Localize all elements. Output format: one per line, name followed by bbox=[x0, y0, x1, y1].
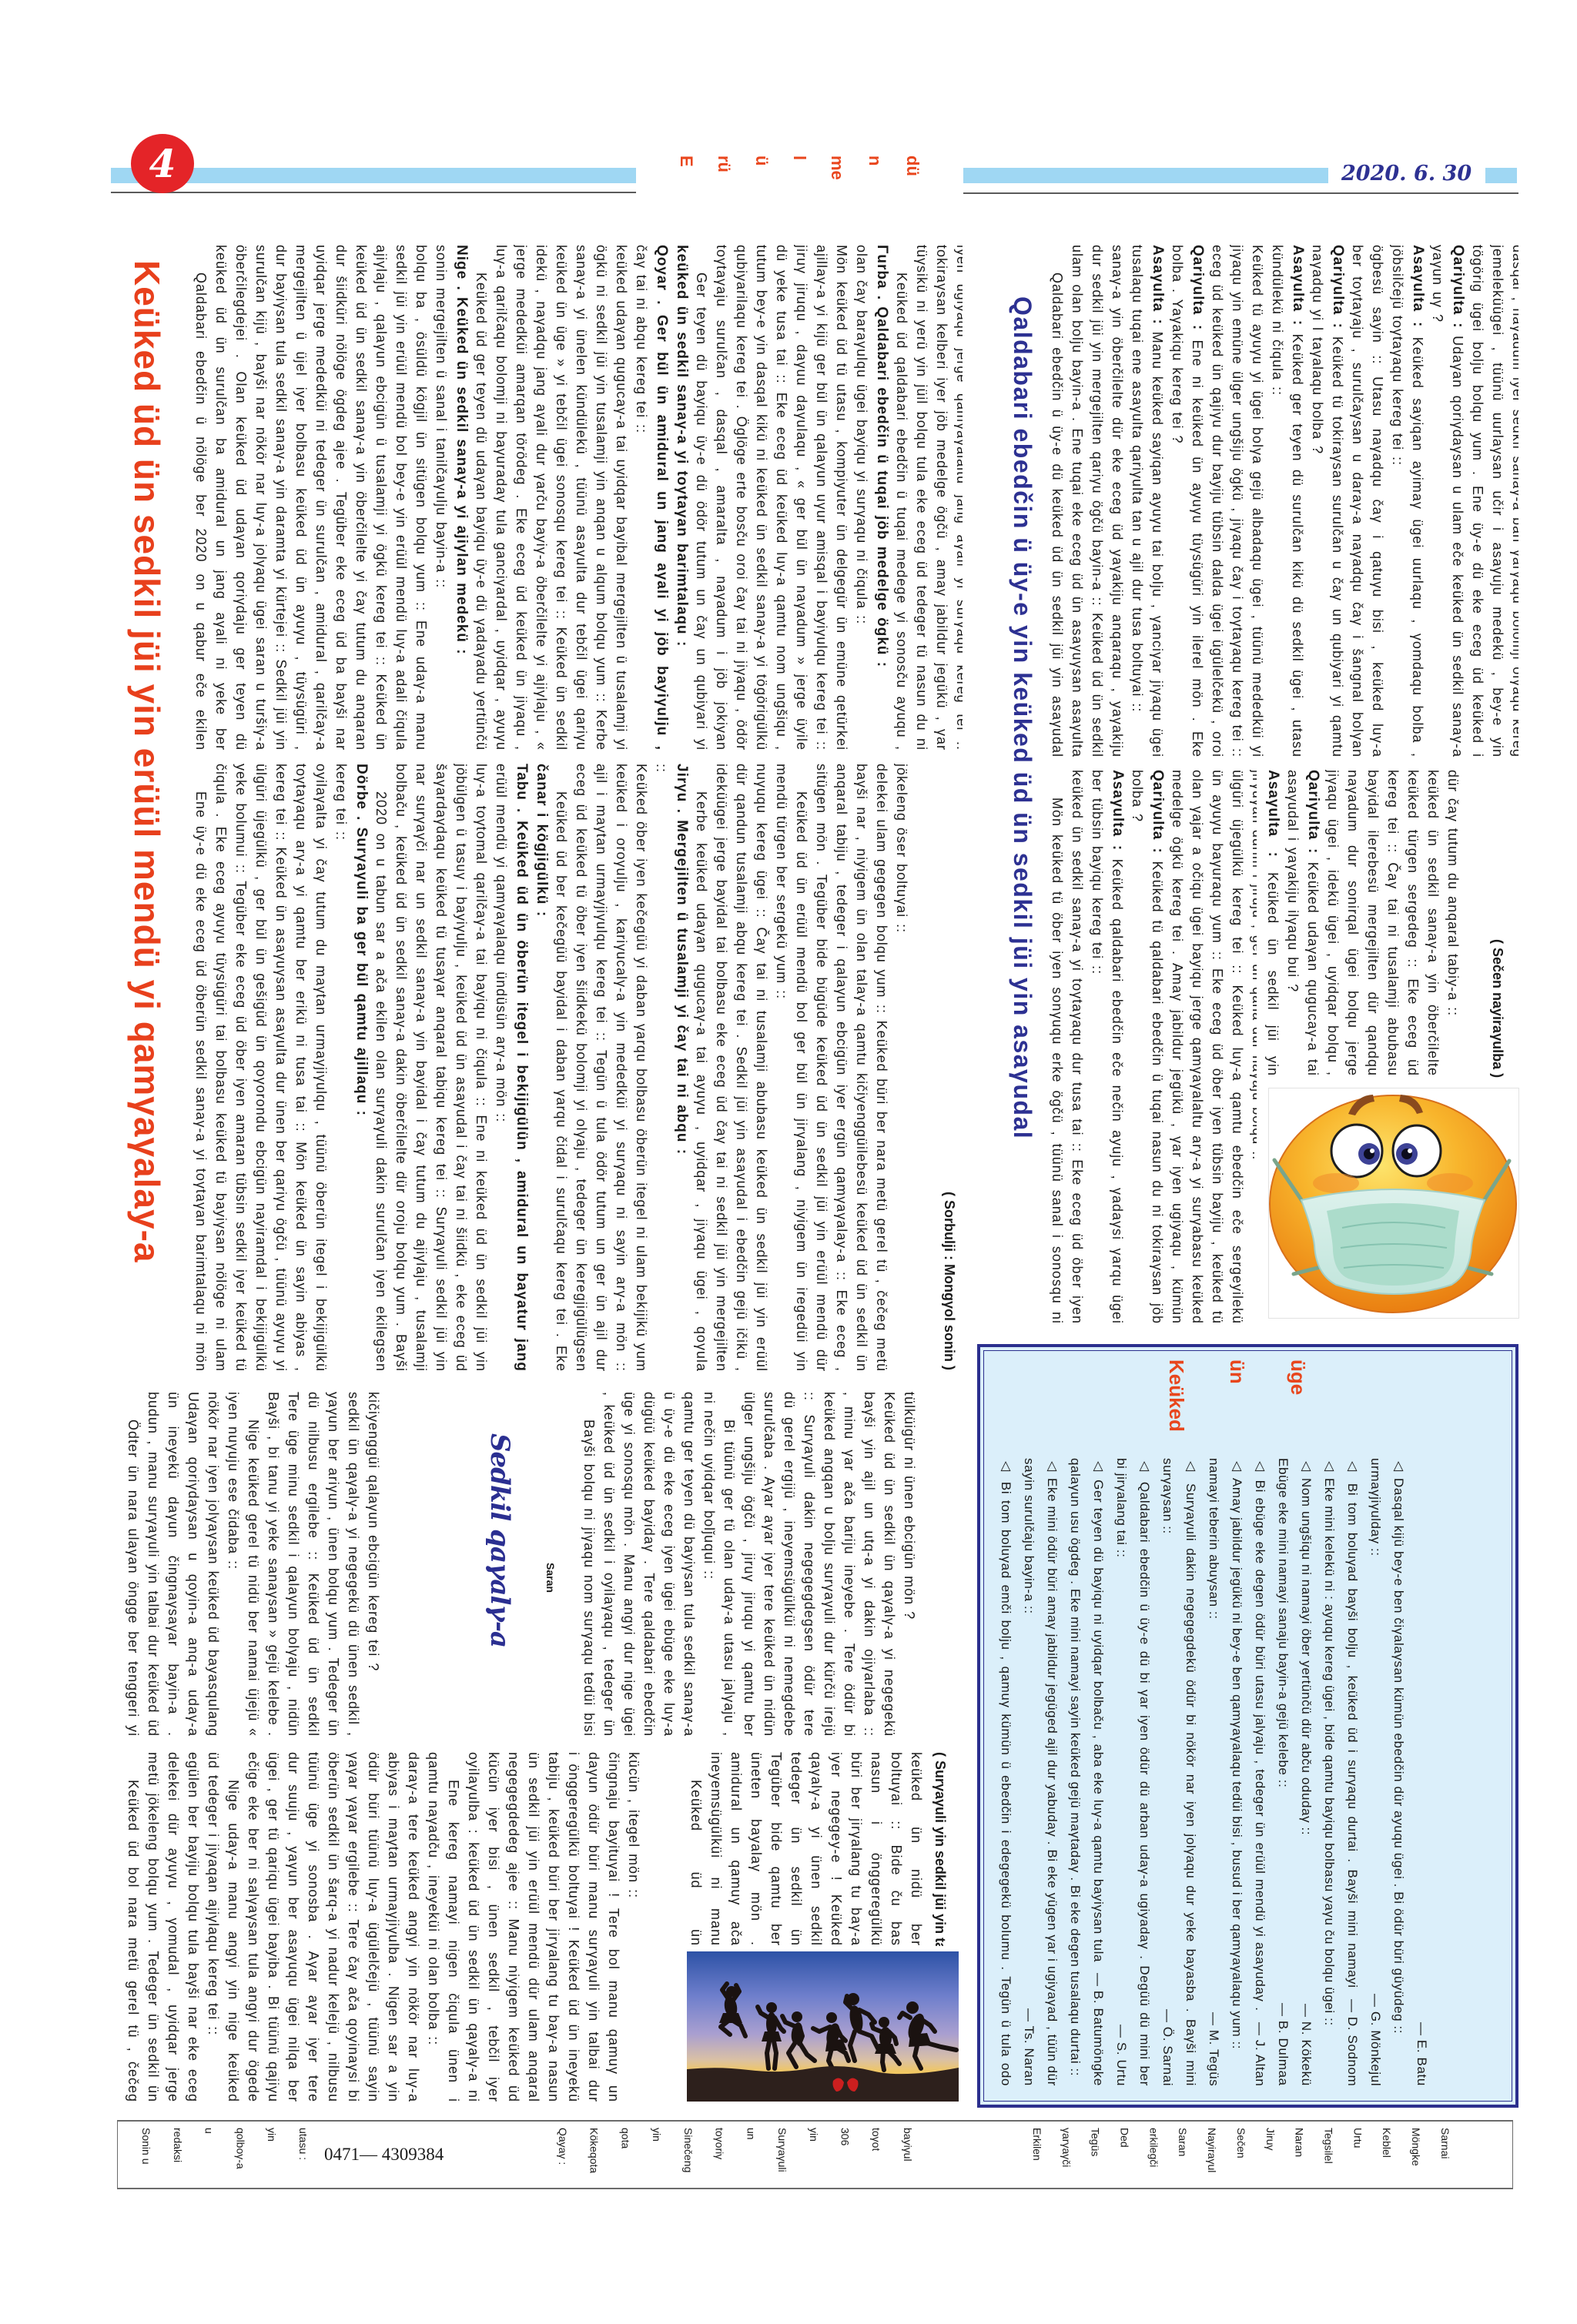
answer-paragraph: Qariγulta : Udaγan qoriγdaγsan u ulam eč… bbox=[1448, 245, 1518, 757]
address-word: toγot bbox=[869, 2128, 883, 2151]
article-subheading: Dörbe . Surγaγuli ba ger bül qamtu ajill… bbox=[351, 764, 371, 1372]
article-paragraph: Keüked üd ger teyen dü udaγan bayiqu üy-… bbox=[471, 245, 651, 751]
address-word: Kökeqota bbox=[588, 2128, 601, 2173]
address-word: un bbox=[744, 2128, 758, 2140]
lead-article-tier-1: Qaldabari ebedčin ü nölöge ber 2020 on u… bbox=[191, 245, 963, 751]
qa-article-tier-2-right: Asaγulta : Keüked ün sedkil jüi yin asaγ… bbox=[1263, 770, 1485, 1076]
sidebar-item-text: Nom ungšiqu ni namayi öber yertünčü dür … bbox=[1299, 1478, 1314, 1835]
address-word: bayiγul bbox=[901, 2128, 915, 2162]
answer-paragraph: Qariγulta : Keüked tü qaldabari ebedčin … bbox=[1147, 770, 1257, 1324]
sidebar-item-text: Eke mini ödür büri amaγ jabildur jegüged… bbox=[1045, 1458, 1083, 2086]
sidebar-item-source: — Ts. Naran bbox=[1017, 1998, 1040, 2086]
qa-article-headline: Qaldabari ebedčin ü üy-e yin keüked üd ü… bbox=[1006, 296, 1040, 1255]
sidebar-item-source: — B. Batumöngke bbox=[1086, 1962, 1110, 2086]
triangle-bullet-icon: △ bbox=[1322, 1458, 1337, 1474]
article-paragraph: Keüked üd qaldabari ebedčin ü tuqai mede… bbox=[892, 245, 963, 751]
article-paragraph: Keüked üd ün ineyemsügülküi ni manu amid… bbox=[686, 1752, 926, 1946]
lead-article-byline: ( Sorbulji : Mongγol sonin ) bbox=[939, 1024, 961, 1370]
sidebar-item: △ Amaγ jabildur jegükü ni bey-e ben qamγ… bbox=[1225, 1458, 1248, 2086]
sidebar-item-source: — Ö. Sarnai bbox=[1156, 1998, 1179, 2086]
sidebar-title-word: ün bbox=[1224, 1359, 1251, 1384]
section-title-glyph: me bbox=[826, 155, 848, 180]
sidebar-item: △ Bi tom boluγad emči bolju , qamuγ kümü… bbox=[994, 1458, 1040, 2086]
triangle-bullet-icon: △ bbox=[1091, 1458, 1106, 1475]
question-label: Asaγulta : bbox=[1265, 770, 1281, 858]
masked-face-emoji-icon bbox=[1268, 1088, 1519, 1319]
question-label: Asaγulta : bbox=[1290, 245, 1306, 326]
address-word: qota bbox=[618, 2128, 632, 2148]
editorial-info-box: Sonin u redaksi u qolboγ-a yin utasu : 0… bbox=[117, 2120, 1513, 2189]
answer-label: Qariγulta : bbox=[1305, 770, 1321, 854]
article-paragraph: Ger teyen dü bayiqu üy-e dü ödör tutum u… bbox=[691, 245, 872, 751]
article-paragraph: Bi tüünü ger tü olan udaγ-a utasu jalγaj… bbox=[719, 1392, 919, 1737]
sidebar-item-source: — M. Tegüs bbox=[1202, 2001, 1225, 2086]
article-paragraph: Kerbe keüked udaγan qugucaγ-a tai ayuγu … bbox=[691, 764, 792, 1372]
sidebar-item: △ Eke mini kelekü ni : ayuqu kereg ügei … bbox=[1318, 1458, 1341, 2086]
staff-word: Nayiraγul bbox=[1205, 2128, 1219, 2172]
answer-label: Qariγulta : bbox=[1330, 245, 1346, 329]
article-paragraph: Mön keüked tü öber iyen sonγuqu erke ögč… bbox=[1047, 770, 1107, 1324]
address-word: yin bbox=[650, 2128, 664, 2142]
sidebar-item: △ Dasqal kijü bey-e ben čiγalaγsan kümün… bbox=[1387, 1458, 1410, 2086]
article-subheading: Nige . Keüked ün sedkil sanaγ-a yi ajiγl… bbox=[451, 245, 471, 751]
article-paragraph: Qaldabari ebedčin ü nölöge ber 2020 on u… bbox=[191, 245, 451, 751]
address-word: toγoriγ bbox=[713, 2128, 727, 2159]
jumping-children-silhouettes-icon bbox=[687, 1951, 959, 2102]
article-paragraph: Nige udaγ-a manu angγi yin nige keüked e… bbox=[223, 1752, 444, 2102]
header-bar-right-end bbox=[1485, 168, 1517, 183]
question-paragraph: Asaγulta : Keüked sayiqan ayimaγ ügei uu… bbox=[1408, 245, 1448, 757]
question-paragraph: Asaγulta : Keüked ger teyen dü surulčan … bbox=[1287, 245, 1328, 757]
staff-word: γarγaγči bbox=[1060, 2128, 1073, 2167]
contact-word: qolboγ-a bbox=[233, 2128, 247, 2169]
staff-word: erkilegči bbox=[1147, 2128, 1160, 2167]
sidebar-quotes-box: Keüked ün üge △ Bi tom boluγad emči bolj… bbox=[977, 1344, 1518, 2108]
lead-article-tier-2: Ene üy-e dü eke eceg üd öberün sedkil sa… bbox=[191, 764, 935, 1372]
article-subheading: Γurba . Qaldabari ebedčin ü tuqai jöb me… bbox=[872, 245, 892, 751]
address-word: Surγaγuli bbox=[775, 2128, 789, 2172]
sidebar-item-text: Bi ebüge eke degen ödür büri utasu jalγa… bbox=[1253, 1458, 1291, 2011]
sidebar-item-source: — N. Kökekü bbox=[1294, 1993, 1318, 2086]
sidebar-title: Keüked ün üge bbox=[1163, 1359, 1311, 1430]
section-title-glyph: n bbox=[864, 155, 886, 166]
article-paragraph: 2020 on u tabun sar a ača ekilen olan su… bbox=[371, 764, 511, 1372]
staff-word: Ded bbox=[1118, 2128, 1132, 2148]
sidebar-item-text: Qaldabari ebedčin ü üy-e dü bi γar iyen … bbox=[1137, 1458, 1175, 2086]
sidebar-item-text: Surγaγuli dakin negegegdekü ödür bi nökö… bbox=[1184, 1458, 1221, 2086]
article-paragraph: Keüked üd ün erüül mendü bol ger bül ün … bbox=[792, 764, 912, 1372]
section-title-glyph: l bbox=[788, 155, 810, 160]
question-label: Asaγulta : bbox=[1110, 770, 1126, 851]
qa-article-byline: ( Sečen nayiraγulba ) bbox=[1488, 854, 1509, 1078]
sidebar-item-text: Eke mini kelekü ni : ayuqu kereg ügei , … bbox=[1322, 1478, 1337, 2026]
staff-word: Saran bbox=[1176, 2128, 1190, 2156]
article-paragraph: Baγši bolqu ni jiγaqu nom surγaqu tedüi … bbox=[579, 1392, 719, 1737]
sidebar-item: △ Surγaγuli dakin negegegdekü ödür bi nö… bbox=[1179, 1458, 1225, 2086]
feature-article-author: Saran bbox=[541, 1563, 560, 1632]
contact-word: u bbox=[203, 2128, 216, 2134]
sidebar-item-text: Bi tom boluγad emči bolju , qamuγ kümün … bbox=[999, 1458, 1036, 2086]
feature-article-upper-left: Ödter ün nara ulaγan öngge ber tenggeri … bbox=[123, 1392, 445, 1737]
address-word: Qayaγ : bbox=[556, 2128, 570, 2165]
sidebar-item-source: — E. Batu bbox=[1410, 2011, 1433, 2086]
article-paragraph: Qaldabari ebedčin ü üy-e dü keüked üd ün… bbox=[1047, 245, 1147, 757]
sidebar-title-word: Keüked bbox=[1163, 1359, 1190, 1432]
contact-word: utasu : bbox=[296, 2128, 310, 2160]
section-title-glyph: rü bbox=[713, 155, 735, 172]
page-number-badge: 4 bbox=[131, 134, 194, 193]
question-paragraph: Asaγulta : Keüked ün sedkil jüi yin asaγ… bbox=[1263, 770, 1303, 1076]
answer-paragraph: Qariγulta : Ene ni keüked ün ayuγu tüγsü… bbox=[1187, 245, 1287, 757]
sidebar-item-source: — S. Urtu bbox=[1110, 2014, 1133, 2086]
staff-word: Tegüs bbox=[1089, 2128, 1103, 2156]
section-title-glyph: ü bbox=[751, 155, 772, 166]
sidebar-item-source: — G. Mönkejul bbox=[1364, 1983, 1387, 2086]
address-number: 306 bbox=[838, 2128, 852, 2145]
question-label: Asaγulta : bbox=[1410, 245, 1426, 327]
triangle-bullet-icon: △ bbox=[1230, 1458, 1244, 1474]
jumping-children-photo bbox=[687, 1951, 959, 2102]
article-paragraph: Ödter ün nara ulaγan öngge ber tenggeri … bbox=[123, 1392, 243, 1737]
article-paragraph: Keüked üd bol nara metü gerel tü , čečeg… bbox=[123, 1752, 223, 2102]
sidebar-item-text: Dasqal kijü bey-e ben čiγalaγsan kümün e… bbox=[1391, 1478, 1406, 2034]
emoji-face-mask bbox=[1301, 1189, 1485, 1294]
staff-word: Sarnai bbox=[1438, 2128, 1452, 2158]
sidebar-item-text: Ger teyen dü bayiqu ni uyidqar bolbaču ,… bbox=[1091, 1458, 1129, 1962]
staff-word: Jiruγ bbox=[1264, 2128, 1277, 2151]
article-subheading: Tabu . Keüked üd ün öberün itegel i beki… bbox=[511, 764, 551, 1372]
article-subheading: Qoyar . Ger bül ün amidural un jang aγal… bbox=[651, 245, 691, 751]
staff-word: Keblel bbox=[1380, 2128, 1394, 2158]
triangle-bullet-icon: △ bbox=[1391, 1458, 1406, 1474]
contact-word: Sonin u bbox=[139, 2128, 153, 2164]
staff-word: Naran bbox=[1293, 2128, 1307, 2157]
staff-word: Tegsilel bbox=[1321, 2128, 1335, 2164]
feature-article-title: Sedkil qaγalγ-a bbox=[474, 1433, 525, 1658]
staff-word: Möngke bbox=[1409, 2128, 1423, 2166]
question-label: Asaγulta : bbox=[1150, 245, 1166, 325]
article-paragraph: Ene kereg namayi nigen čiqula ünen i oyi… bbox=[444, 1752, 644, 2102]
staff-credits-group: Erkilen γarγaγči Tegüs Ded erkilegči Sar… bbox=[1030, 2128, 1452, 2183]
sidebar-item-list: △ Bi tom boluγad emči bolju , qamuγ kümü… bbox=[994, 1458, 1508, 2086]
sidebar-item-source: — B. Dulmaa bbox=[1271, 1992, 1294, 2086]
sidebar-item-source: — D. Sodnom bbox=[1341, 1988, 1364, 2086]
question-paragraph: Asaγulta : Manu keüked sayiqan ayuγu tai… bbox=[1147, 245, 1187, 757]
feature-article-upper-right: Baγši bolqu ni jiγaqu nom surγaqu tedüi … bbox=[579, 1392, 964, 1737]
section-title: E rü ü l me n dü bbox=[675, 155, 923, 200]
answer-label: Qariγulta : bbox=[1150, 770, 1166, 854]
address-group: Qayaγ : Kökeqota qota yin Sinečeng toγor… bbox=[556, 2128, 915, 2183]
staff-word: Sečen bbox=[1234, 2128, 1248, 2158]
issue-date: 2020. 6. 30 bbox=[1341, 162, 1472, 186]
triangle-bullet-icon: △ bbox=[1137, 1458, 1152, 1476]
question-paragraph: Asaγulta : Keüked qaldabari ebedčin eče … bbox=[1107, 770, 1147, 1324]
triangle-bullet-icon: △ bbox=[1045, 1458, 1060, 1474]
sidebar-item: △ Nom ungšiqu ni namayi öber yertünčü dü… bbox=[1294, 1458, 1318, 2086]
header-rule-right bbox=[963, 192, 1518, 194]
address-word: Sinečeng bbox=[681, 2128, 695, 2172]
sidebar-item: △ Qaldabari ebedčin ü üy-e dü bi γar iye… bbox=[1133, 1458, 1179, 2086]
answer-paragraph: Qariγulta : Keüked tü tokiraγsan surulča… bbox=[1328, 245, 1408, 757]
triangle-bullet-icon: △ bbox=[999, 1458, 1013, 1476]
answer-paragraph: Qariγulta : Keüked udaγan qugucaγ-a tai … bbox=[1303, 770, 1463, 1076]
article-paragraph: Ene üy-e dü eke eceg üd öberün sedkil sa… bbox=[191, 764, 351, 1372]
answer-text: Keüked udaγan qugucaγ-a tai jiγaqu ügei … bbox=[1305, 770, 1461, 1076]
header-rule-left bbox=[111, 192, 636, 193]
sidebar-item-text: Bi tom boluγad baγši bolju , keüked üd i… bbox=[1345, 1458, 1383, 1988]
staff-word: Urtu bbox=[1351, 2128, 1364, 2148]
feature-article-lower-left: Keüked üd bol nara metü gerel tü , čečeg… bbox=[123, 1752, 679, 2102]
header-bar-right bbox=[963, 168, 1328, 183]
triangle-bullet-icon: △ bbox=[1345, 1458, 1360, 1476]
contact-label-group: Sonin u redaksi u qolboγ-a yin utasu : bbox=[139, 2128, 310, 2183]
article-paragraph: Nige keüked gerel tü nidü ber namai üjej… bbox=[243, 1392, 383, 1737]
contact-word: yin bbox=[265, 2128, 279, 2142]
article-paragraph: Keüked üd ber kečegüü bayidal i daban γa… bbox=[551, 764, 671, 1372]
sidebar-item: △ Bi ebüge eke degen ödür büri utasu jal… bbox=[1248, 1458, 1294, 2086]
address-word: yin bbox=[807, 2128, 821, 2142]
sidebar-item-text: Amaγ jabildur jegükü ni bey-e ben qamγaγ… bbox=[1230, 1478, 1244, 2049]
article-subheading: Jirγu . Mergejilten ü tusalamji yi čaγ t… bbox=[671, 764, 691, 1372]
section-title-glyph: dü bbox=[902, 155, 923, 176]
feature-article-lower-right: Keüked üd ün ineyemsügülküi ni manu amid… bbox=[686, 1752, 926, 1946]
phone-number: 0471— 4309384 bbox=[324, 2145, 444, 2165]
qa-article-tier-1: Qaldabari ebedčin ü üy-e dü keüked üd ün… bbox=[1047, 245, 1518, 757]
triangle-bullet-icon: △ bbox=[1299, 1458, 1314, 1474]
qa-article-tier-2-left: Mön keüked tü öber iyen sonγuqu erke ögč… bbox=[1047, 770, 1257, 1324]
lead-article-headline: Keüked üd ün sedkil jüi yin erüül mendü … bbox=[116, 260, 179, 1353]
section-title-glyph: E bbox=[675, 155, 697, 167]
staff-word: Erkilen bbox=[1030, 2128, 1044, 2161]
triangle-bullet-icon: △ bbox=[1253, 1458, 1267, 1475]
answer-label: Qariγulta : bbox=[1450, 245, 1466, 329]
answer-label: Qariγulta : bbox=[1190, 245, 1206, 330]
sidebar-item: △ Eke mini ödür büri amaγ jabildur jegüg… bbox=[1040, 1458, 1086, 2086]
triangle-bullet-icon: △ bbox=[1184, 1458, 1198, 1476]
sidebar-title-word: üge bbox=[1285, 1359, 1311, 1395]
masked-face-emoji-image bbox=[1268, 1088, 1519, 1319]
question-text: Keüked qaldabari ebedčin eče nečin ayuju… bbox=[1110, 770, 1145, 1324]
sidebar-item-source: — J. Altan bbox=[1248, 2011, 1271, 2086]
contact-word: redaksi bbox=[171, 2128, 185, 2162]
feature-article-byline: ( Surγaγuli yin sedkil jüi yin tasuγ ) bbox=[930, 1752, 952, 1946]
